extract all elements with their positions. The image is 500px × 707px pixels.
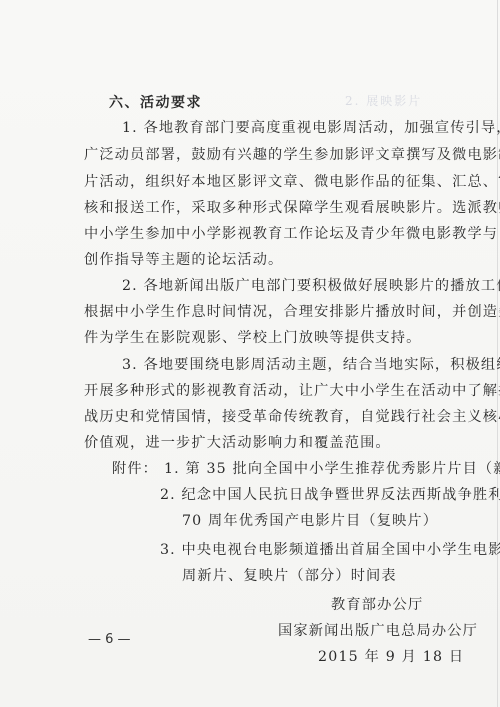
signature-org-2: 国家新闻出版广电总局办公厅 <box>278 620 478 640</box>
page-edge-divider <box>497 0 498 707</box>
signature-date: 2015 年 9 月 18 日 <box>318 646 464 666</box>
page-number: — 6 — <box>88 632 131 647</box>
section-heading: 六、活动要求 <box>109 93 202 113</box>
paragraph-line: 1. 各地教育部门要高度重视电影周活动，加强宣传引导， <box>122 118 500 138</box>
attachment-item-2-cont: 70 周年优秀国产电影片目（复映片） <box>182 511 438 531</box>
attachment-item-3: 3. 中央电视台电影频道播出首届全国中小学生电影 <box>160 540 500 560</box>
attachment-item-2: 2. 纪念中国人民抗日战争暨世界反法西斯战争胜利 <box>160 485 500 505</box>
paragraph-line: 核和报送工作，采取多种形式保障学生观看展映影片。选派教师、 <box>84 198 500 218</box>
attachment-item-3-cont: 周新片、复映片（部分）时间表 <box>182 566 397 586</box>
paragraph-line: 件为学生在影院观影、学校上门放映等提供支持。 <box>84 328 421 348</box>
paragraph-line: 根据中小学生作息时间情况，合理安排影片播放时间，并创造条 <box>84 302 500 322</box>
paragraph-line: 3. 各地要围绕电影周活动主题，结合当地实际，积极组织 <box>122 355 500 375</box>
document-page: 2. 展映影片 六、活动要求 1. 各地教育部门要高度重视电影周活动，加强宣传引… <box>0 0 500 707</box>
paragraph-line: 价值观，进一步扩大活动影响力和覆盖范围。 <box>84 433 391 453</box>
paragraph-line: 战历史和党情国情，接受革命传统教育，自觉践行社会主义核心 <box>84 407 500 427</box>
paragraph-line: 创作指导等主题的论坛活动。 <box>84 250 283 270</box>
paragraph-line: 片活动，组织好本地区影评文章、微电影作品的征集、汇总、审 <box>84 172 500 192</box>
bleed-through-text: 2. 展映影片 <box>345 92 422 109</box>
attachment-item-1: 1. 第 35 批向全国中小学生推荐优秀影片片目（新片） <box>164 459 500 479</box>
paragraph-line: 中小学生参加中小学影视教育工作论坛及青少年微电影教学与 <box>84 224 498 244</box>
attachments-label: 附件： <box>112 459 158 479</box>
paragraph-line: 广泛动员部署，鼓励有兴趣的学生参加影评文章撰写及微电影制 <box>84 145 500 165</box>
paragraph-line: 2. 各地新闻出版广电部门要积极做好展映影片的播放工作， <box>122 276 500 296</box>
paragraph-line: 开展多种形式的影视教育活动，让广大中小学生在活动中了解抗 <box>84 381 500 401</box>
signature-org-1: 教育部办公厅 <box>331 594 423 614</box>
